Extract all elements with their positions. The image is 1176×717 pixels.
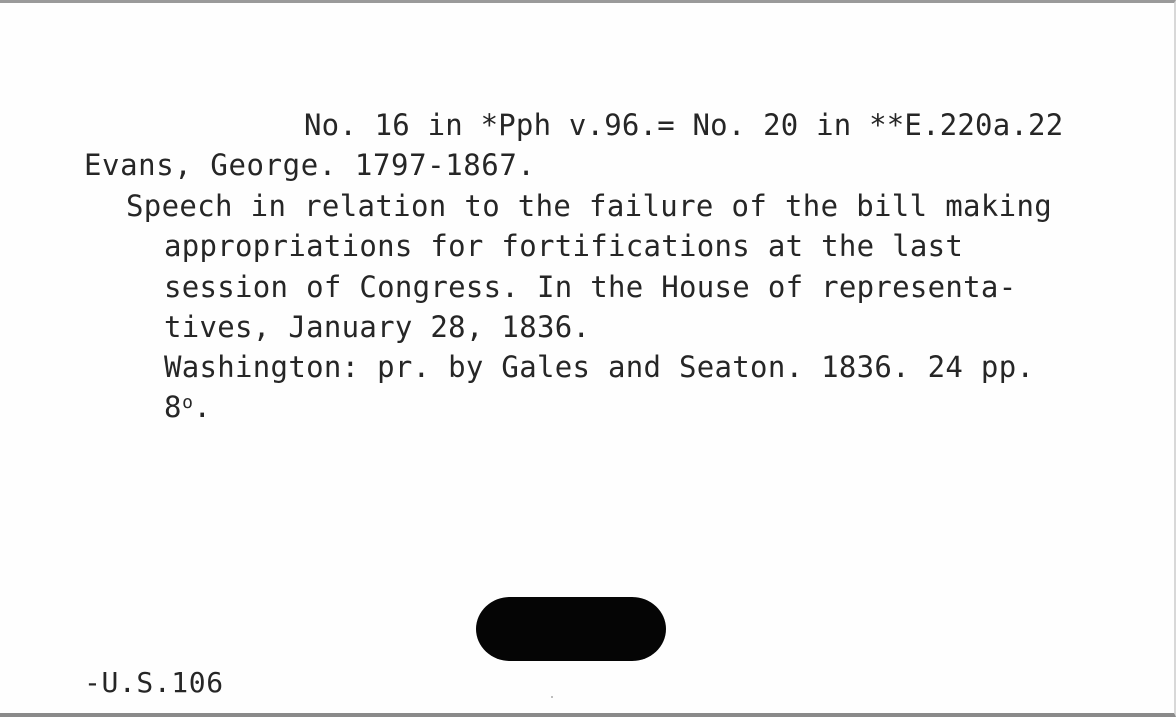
format-size-superscript: o <box>182 392 193 413</box>
title-line-3: session of Congress. In the House of rep… <box>164 273 1016 302</box>
title-line-2: appropriations for fortifications at the… <box>164 232 963 261</box>
paper-speck <box>551 696 553 698</box>
author-heading: Evans, George. 1797-1867. <box>84 151 536 180</box>
format-size-suffix: . <box>194 390 212 424</box>
redaction-mark <box>476 597 666 661</box>
title-line-4: tives, January 28, 1836. <box>164 313 590 342</box>
subject-tracing: -U.S.106 <box>84 669 224 697</box>
title-line-1: Speech in relation to the failure of the… <box>126 192 1052 221</box>
catalog-card: No. 16 in *Pph v.96.= No. 20 in **E.220a… <box>0 0 1176 717</box>
imprint: Washington: pr. by Gales and Seaton. 183… <box>164 353 1034 382</box>
format-size-number: 8 <box>164 390 182 424</box>
call-number: No. 16 in *Pph v.96.= No. 20 in **E.220a… <box>304 111 1063 140</box>
format-size: 8o. <box>164 393 212 422</box>
